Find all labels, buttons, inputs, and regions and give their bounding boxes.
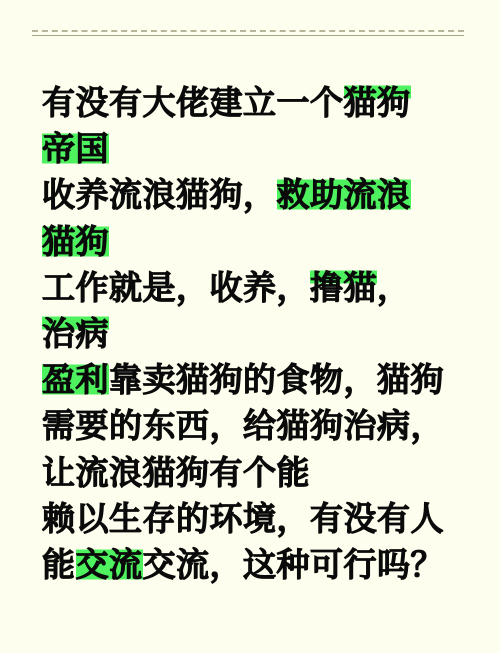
text-line-1: 有没有大佬建立一个猫狗 [42, 80, 482, 126]
text-line-10: 赖以生存的环境，有没有人 [42, 496, 482, 542]
text-segment: 靠卖猫狗的食物，猫狗 [109, 360, 444, 399]
text-segment: 让流浪猫狗有个能 [42, 453, 310, 492]
text-line-7: 盈利靠卖猫狗的食物，猫狗 [42, 357, 482, 403]
dashed-line [32, 30, 464, 32]
highlighted-text: 治病 [42, 314, 109, 353]
post-text-body: 有没有大佬建立一个猫狗 帝国 收养流浪猫狗，救助流浪 猫狗 工作就是，收养，撸猫… [42, 80, 482, 588]
text-line-6: 治病 [42, 311, 482, 357]
text-segment: 赖以生存的环境，有没有人 [42, 499, 444, 538]
text-line-3: 收养流浪猫狗，救助流浪 [42, 172, 482, 218]
text-line-11: 能交流交流，这种可行吗？ [42, 542, 482, 588]
highlighted-text: 盈利 [42, 360, 109, 399]
decorative-divider [32, 30, 464, 36]
highlighted-text: 救助流浪 [277, 175, 411, 214]
text-segment: 交流，这种可行吗？ [143, 545, 445, 584]
text-line-5: 工作就是，收养，撸猫， [42, 265, 482, 311]
highlighted-text: 猫狗 [344, 83, 411, 122]
text-segment: 工作就是，收养， [42, 268, 310, 307]
text-segment: ， [377, 268, 411, 307]
text-segment: 有没有大佬建立一个 [42, 83, 344, 122]
highlighted-text: 帝国 [42, 129, 109, 168]
text-line-8: 需要的东西，给猫狗治病， [42, 403, 482, 449]
solid-line [32, 35, 464, 36]
text-segment: 需要的东西，给猫狗治病， [42, 406, 444, 445]
highlighted-text: 猫狗 [42, 222, 109, 261]
text-line-9: 让流浪猫狗有个能 [42, 450, 482, 496]
text-segment: 收养流浪猫狗， [42, 175, 277, 214]
highlighted-text: 交流 [76, 545, 143, 584]
text-line-4: 猫狗 [42, 219, 482, 265]
highlighted-text: 撸猫 [310, 268, 377, 307]
text-segment: 能 [42, 545, 76, 584]
text-line-2: 帝国 [42, 126, 482, 172]
